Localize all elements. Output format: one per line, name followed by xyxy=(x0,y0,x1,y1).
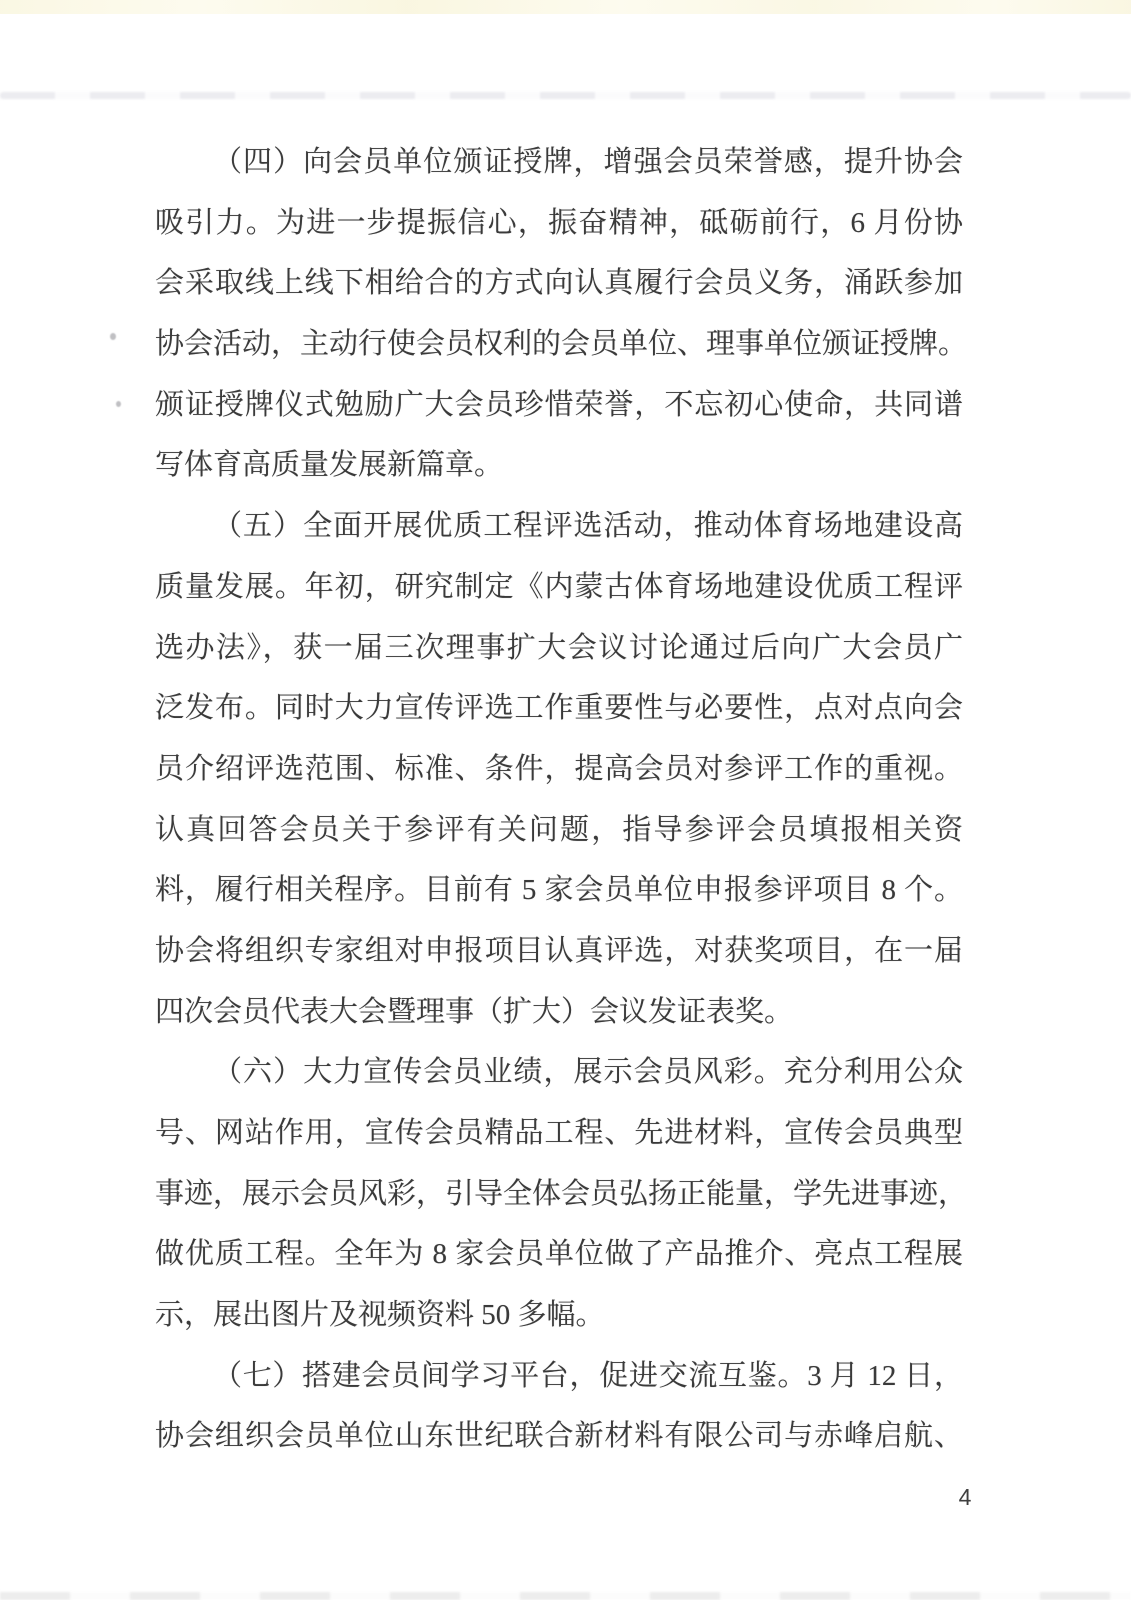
scan-edge-top-artifact xyxy=(0,0,1131,14)
text-line: 号、网站作用，宣传会员精品工程、先进材料，宣传会员典型 xyxy=(155,1103,963,1164)
text-line: 协会组织会员单位山东世纪联合新材料有限公司与赤峰启航、 xyxy=(155,1406,963,1467)
text-line: 认真回答会员关于参评有关问题，指导参评会员填报相关资 xyxy=(155,800,963,861)
scan-streak-artifact xyxy=(0,92,1131,99)
text-line: 写体育高质量发展新篇章。 xyxy=(155,435,963,496)
text-line: 料，履行相关程序。目前有 5 家会员单位申报参评项目 8 个。 xyxy=(155,860,963,921)
paragraph: （六）大力宣传会员业绩，展示会员风彩。充分利用公众号、网站作用，宣传会员精品工程… xyxy=(155,1042,963,1345)
text-line: 示，展出图片及视频资料 50 多幅。 xyxy=(155,1285,963,1346)
paragraph: （五）全面开展优质工程评选活动，推动体育场地建设高质量发展。年初，研究制定《内蒙… xyxy=(155,496,963,1042)
text-line: 选办法》，获一届三次理事扩大会议讨论通过后向广大会员广 xyxy=(155,618,963,679)
text-line: 协会将组织专家组对申报项目认真评选，对获奖项目，在一届 xyxy=(155,921,963,982)
paragraph: （四）向会员单位颁证授牌，增强会员荣誉感，提升协会吸引力。为进一步提振信心，振奋… xyxy=(155,132,963,496)
paragraph: （七）搭建会员间学习平台，促进交流互鉴。3 月 12 日，协会组织会员单位山东世… xyxy=(155,1346,963,1467)
text-line: 质量发展。年初，研究制定《内蒙古体育场地建设优质工程评 xyxy=(155,557,963,618)
text-line: 吸引力。为进一步提振信心，振奋精神，砥砺前行，6 月份协 xyxy=(155,193,963,254)
scan-speck-artifact xyxy=(116,401,121,407)
text-line: 四次会员代表大会暨理事（扩大）会议发证表奖。 xyxy=(155,982,963,1043)
text-line: 颁证授牌仪式勉励广大会员珍惜荣誉，不忘初心使命，共同谱 xyxy=(155,375,963,436)
text-line: 事迹，展示会员风彩，引导全体会员弘扬正能量，学先进事迹， xyxy=(155,1164,963,1225)
text-line: 做优质工程。全年为 8 家会员单位做了产品推介、亮点工程展 xyxy=(155,1224,963,1285)
text-line: 会采取线上线下相给合的方式向认真履行会员义务，涌跃参加 xyxy=(155,253,963,314)
text-line: （六）大力宣传会员业绩，展示会员风彩。充分利用公众 xyxy=(155,1042,963,1103)
scan-edge-bottom-artifact xyxy=(0,1592,1131,1600)
text-line: （四）向会员单位颁证授牌，增强会员荣誉感，提升协会 xyxy=(155,132,963,193)
text-line: 泛发布。同时大力宣传评选工作重要性与必要性，点对点向会 xyxy=(155,678,963,739)
page-number: 4 xyxy=(944,1484,986,1511)
document-text: （四）向会员单位颁证授牌，增强会员荣誉感，提升协会吸引力。为进一步提振信心，振奋… xyxy=(155,132,963,1467)
scanned-document-page: （四）向会员单位颁证授牌，增强会员荣誉感，提升协会吸引力。为进一步提振信心，振奋… xyxy=(0,0,1131,1600)
scan-speck-artifact xyxy=(110,333,116,340)
text-line: （五）全面开展优质工程评选活动，推动体育场地建设高 xyxy=(155,496,963,557)
text-line: 协会活动，主动行使会员权利的会员单位、理事单位颁证授牌。 xyxy=(155,314,963,375)
text-line: （七）搭建会员间学习平台，促进交流互鉴。3 月 12 日， xyxy=(155,1346,963,1407)
text-line: 员介绍评选范围、标准、条件，提高会员对参评工作的重视。 xyxy=(155,739,963,800)
